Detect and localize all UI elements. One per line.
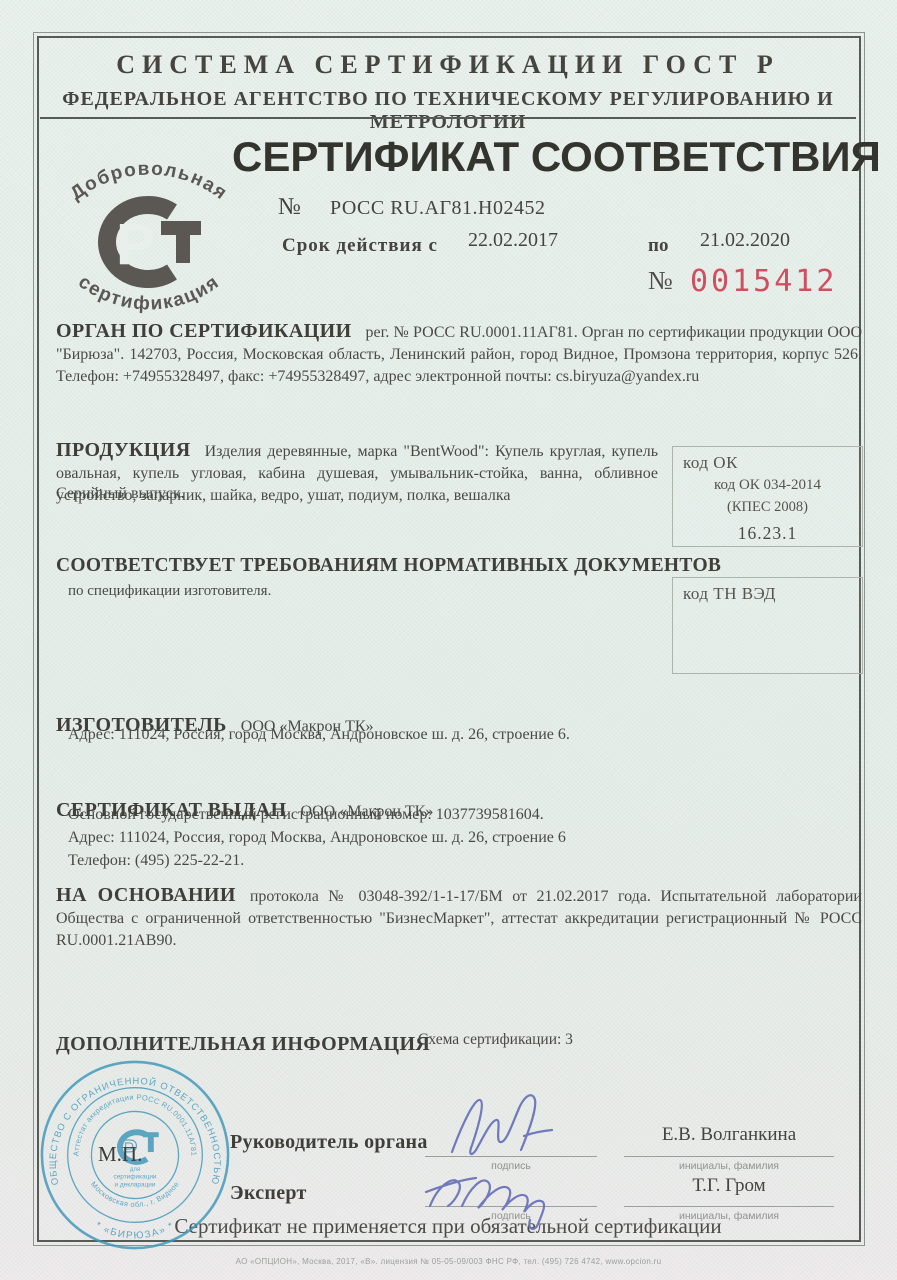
form-no-symbol: № bbox=[648, 266, 673, 296]
expert-name: Т.Г. Гром bbox=[624, 1175, 834, 1197]
ok-code-label: код ОК bbox=[683, 453, 738, 473]
certificate-number: РОСС RU.АГ81.Н02452 bbox=[330, 197, 545, 220]
additional-info-label: ДОПОЛНИТЕЛЬНАЯ ИНФОРМАЦИЯ bbox=[56, 1033, 430, 1056]
form-number: 0015412 bbox=[690, 264, 837, 299]
ok-code-box: код ОК код ОК 034-2014 (КПЕС 2008) 16.23… bbox=[672, 446, 863, 547]
basis-label: НА ОСНОВАНИИ bbox=[56, 884, 236, 906]
certificate-title: СЕРТИФИКАТ СООТВЕТСТВИЯ bbox=[232, 133, 838, 181]
rst-voluntary-certification-logo-icon: Добровольная сертификация Р bbox=[58, 128, 240, 333]
certification-body-label: ОРГАН ПО СЕРТИФИКАЦИИ bbox=[56, 320, 352, 342]
manufacturer-address: Адрес: 111024, Россия, город Москва, Анд… bbox=[68, 726, 570, 744]
certification-body-section: ОРГАН ПО СЕРТИФИКАЦИИрег. № РОСС RU.0001… bbox=[56, 318, 862, 387]
ok-code-kpes: (КПЕС 2008) bbox=[673, 499, 862, 516]
issued-to-address: Адрес: 111024, Россия, город Москва, Анд… bbox=[68, 826, 566, 849]
issued-to-phone: Телефон: (495) 225-22-21. bbox=[68, 849, 566, 872]
svg-text:* «БИРЮЗА» *: * «БИРЮЗА» * bbox=[93, 1220, 176, 1242]
stamp-center-line1: для bbox=[130, 1167, 140, 1173]
stamp-outer-bottom-text: * «БИРЮЗА» * bbox=[93, 1220, 176, 1242]
certificate-page: СИСТЕМА СЕРТИФИКАЦИИ ГОСТ Р ФЕДЕРАЛЬНОЕ … bbox=[0, 0, 897, 1280]
issued-to-ogrn: Основной государственный регистрационный… bbox=[68, 803, 566, 826]
head-name-caption: инициалы, фамилия bbox=[624, 1160, 834, 1172]
validity-to-label: по bbox=[648, 235, 668, 257]
additional-info-text: Схема сертификации: 3 bbox=[418, 1031, 573, 1049]
certification-system-title: СИСТЕМА СЕРТИФИКАЦИИ ГОСТ Р bbox=[40, 50, 856, 80]
validity-date-to: 21.02.2020 bbox=[700, 229, 790, 252]
certificate-no-symbol: № bbox=[278, 194, 301, 221]
stamp-place-label: М.П. bbox=[98, 1142, 142, 1167]
expert-name-line bbox=[624, 1206, 834, 1207]
production-label: ПРОДУКЦИЯ bbox=[56, 439, 191, 461]
expert-handwritten-signature-icon bbox=[418, 1148, 598, 1230]
issued-to-details: Основной государственный регистрационный… bbox=[68, 803, 566, 873]
logo-letter-p: Р bbox=[116, 212, 155, 277]
print-house-imprint: АО «ОПЦИОН», Москва, 2017, «В». лицензия… bbox=[0, 1257, 897, 1266]
validity-label: Срок действия с bbox=[282, 235, 438, 257]
stamp-center-line2: сертификации bbox=[113, 1174, 156, 1181]
tnved-code-label: код ТН ВЭД bbox=[683, 584, 776, 604]
validity-date-from: 22.02.2017 bbox=[468, 229, 558, 252]
rst-emblem-icon: Р bbox=[107, 205, 201, 279]
serial-production-text: Серийный выпуск. bbox=[56, 485, 658, 503]
head-name: Е.В. Волганкина bbox=[624, 1124, 834, 1146]
conformity-label: СООТВЕТСТВУЕТ ТРЕБОВАНИЯМ НОРМАТИВНЫХ ДО… bbox=[56, 555, 721, 577]
tnved-code-box: код ТН ВЭД bbox=[672, 577, 863, 674]
basis-section: НА ОСНОВАНИИпротокола № 03048-392/1-1-17… bbox=[56, 882, 862, 951]
head-of-body-label: Руководитель органа bbox=[230, 1131, 428, 1154]
conformity-text: по спецификации изготовителя. bbox=[68, 583, 271, 600]
expert-label: Эксперт bbox=[230, 1182, 307, 1205]
head-name-line bbox=[624, 1156, 834, 1157]
ok-code-standard: код ОК 034-2014 bbox=[673, 477, 862, 494]
stamp-center-line3: и декларации bbox=[115, 1182, 156, 1189]
ok-code-value: 16.23.1 bbox=[673, 523, 862, 544]
header-divider bbox=[40, 117, 856, 119]
